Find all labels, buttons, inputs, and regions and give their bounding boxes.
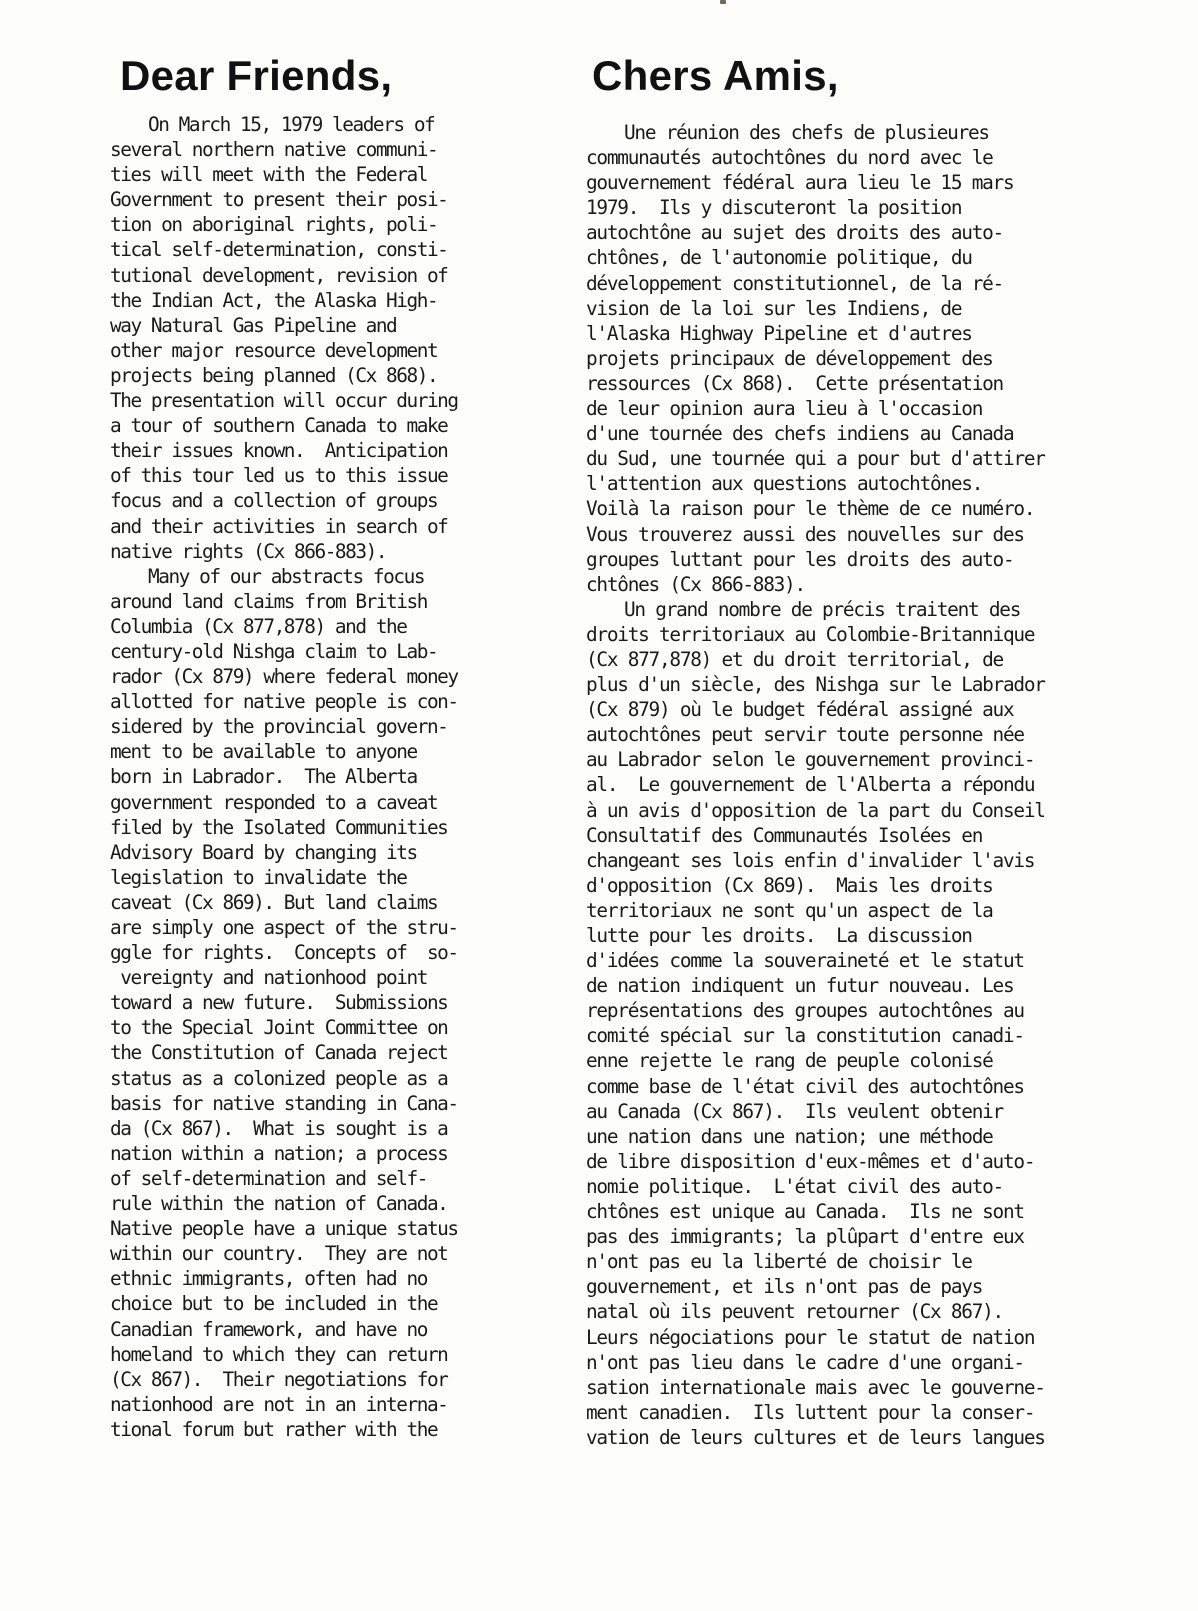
text-line: Columbia (Cx 877,878) and the (110, 614, 550, 639)
text-line: ties will meet with the Federal (110, 162, 550, 187)
text-line: une nation dans une nation; une méthode (586, 1124, 1146, 1149)
text-line: ethnic immigrants, often had no (110, 1266, 550, 1291)
text-line: sidered by the provincial govern- (110, 714, 550, 739)
text-line: caveat (Cx 869). But land claims (110, 890, 550, 915)
text-line: projets principaux de développement des (586, 346, 1146, 371)
text-line: comme base de l'état civil des autochtôn… (586, 1074, 1146, 1099)
text-line: several northern native communi- (110, 137, 550, 162)
text-line: au Labrador selon le gouvernement provin… (586, 747, 1146, 772)
text-line: Vous trouverez aussi des nouvelles sur d… (586, 522, 1146, 547)
text-line: Government to present their posi- (110, 187, 550, 212)
text-line: Native people have a unique status (110, 1216, 550, 1241)
text-line: way Natural Gas Pipeline and (110, 313, 550, 338)
text-line: Voilà la raison pour le thème de ce numé… (586, 496, 1146, 521)
scan-mark (720, 0, 726, 4)
text-line: comité spécial sur la constitution canad… (586, 1023, 1146, 1048)
text-line: chtônes est unique au Canada. Ils ne son… (586, 1199, 1146, 1224)
text-line: d'opposition (Cx 869). Mais les droits (586, 873, 1146, 898)
text-line: century-old Nishga claim to Lab- (110, 639, 550, 664)
text-line: Canadian framework, and have no (110, 1317, 550, 1342)
text-line: ment canadien. Ils luttent pour la conse… (586, 1400, 1146, 1425)
text-line: nationhood are not in an interna- (110, 1392, 550, 1417)
text-line: tion on aboriginal rights, poli- (110, 212, 550, 237)
text-line: of this tour led us to this issue (110, 463, 550, 488)
english-body: On March 15, 1979 leaders ofseveral nort… (110, 112, 550, 1442)
text-line: are simply one aspect of the stru- (110, 915, 550, 940)
text-line: other major resource development (110, 338, 550, 363)
text-line: their issues known. Anticipation (110, 438, 550, 463)
text-line: de leur opinion aura lieu à l'occasion (586, 396, 1146, 421)
text-line: Advisory Board by changing its (110, 840, 550, 865)
text-line: projects being planned (Cx 868). (110, 363, 550, 388)
text-line: (Cx 867). Their negotiations for (110, 1367, 550, 1392)
text-line: vision de la loi sur les Indiens, de (586, 296, 1146, 321)
text-line: ggle for rights. Concepts of so- (110, 940, 550, 965)
text-line: développement constitutionnel, de la ré- (586, 271, 1146, 296)
text-line: status as a colonized people as a (110, 1066, 550, 1091)
text-line: native rights (Cx 866-883). (110, 539, 550, 564)
text-line: nomie politique. L'état civil des auto- (586, 1174, 1146, 1199)
text-line: 1979. Ils y discuteront la position (586, 195, 1146, 220)
text-line: chtônes (Cx 866-883). (586, 572, 1146, 597)
text-line: da (Cx 867). What is sought is a (110, 1116, 550, 1141)
text-line: legislation to invalidate the (110, 865, 550, 890)
document-page: Dear Friends, On March 15, 1979 leaders … (0, 0, 1198, 1611)
text-line: within our country. They are not (110, 1241, 550, 1266)
text-line: Consultatif des Communautés Isolées en (586, 823, 1146, 848)
text-line: n'ont pas eu la liberté de choisir le (586, 1249, 1146, 1274)
text-line: al. Le gouvernement de l'Alberta a répon… (586, 772, 1146, 797)
text-line: government responded to a caveat (110, 790, 550, 815)
text-line: of self-determination and self- (110, 1166, 550, 1191)
text-line: On March 15, 1979 leaders of (110, 112, 550, 137)
text-line: Leurs négociations pour le statut de nat… (586, 1325, 1146, 1350)
text-line: focus and a collection of groups (110, 488, 550, 513)
text-line: vereignty and nationhood point (110, 965, 550, 990)
french-column: Chers Amis, Une réunion des chefs de plu… (586, 50, 1146, 1450)
text-line: au Canada (Cx 867). Ils veulent obtenir (586, 1099, 1146, 1124)
text-line: the Constitution of Canada reject (110, 1040, 550, 1065)
text-line: allotted for native people is con- (110, 689, 550, 714)
text-line: (Cx 877,878) et du droit territorial, de (586, 647, 1146, 672)
text-line: d'une tournée des chefs indiens au Canad… (586, 421, 1146, 446)
text-line: Une réunion des chefs de plusieures (586, 120, 1146, 145)
text-line: chtônes, de l'autonomie politique, du (586, 245, 1146, 270)
text-line: natal où ils peuvent retourner (Cx 867). (586, 1299, 1146, 1324)
text-line: tional forum but rather with the (110, 1417, 550, 1442)
text-line: homeland to which they can return (110, 1342, 550, 1367)
text-line: to the Special Joint Committee on (110, 1015, 550, 1040)
text-line: choice but to be included in the (110, 1291, 550, 1316)
text-line: filed by the Isolated Communities (110, 815, 550, 840)
text-line: droits territoriaux au Colombie-Britanni… (586, 622, 1146, 647)
text-line: born in Labrador. The Alberta (110, 764, 550, 789)
text-line: tutional development, revision of (110, 263, 550, 288)
english-column: Dear Friends, On March 15, 1979 leaders … (110, 50, 550, 1442)
text-line: rador (Cx 879) where federal money (110, 664, 550, 689)
text-line: toward a new future. Submissions (110, 990, 550, 1015)
text-line: de libre disposition d'eux-mêmes et d'au… (586, 1149, 1146, 1174)
text-line: The presentation will occur during (110, 388, 550, 413)
text-line: sation internationale mais avec le gouve… (586, 1375, 1146, 1400)
text-line: a tour of southern Canada to make (110, 413, 550, 438)
text-line: d'idées comme la souveraineté et le stat… (586, 948, 1146, 973)
text-line: pas des immigrants; la plûpart d'entre e… (586, 1224, 1146, 1249)
text-line: territoriaux ne sont qu'un aspect de la (586, 898, 1146, 923)
text-line: représentations des groupes autochtônes … (586, 998, 1146, 1023)
text-line: the Indian Act, the Alaska High- (110, 288, 550, 313)
text-line: rule within the nation of Canada. (110, 1191, 550, 1216)
text-line: lutte pour les droits. La discussion (586, 923, 1146, 948)
text-line: nation within a nation; a process (110, 1141, 550, 1166)
text-line: ressources (Cx 868). Cette présentation (586, 371, 1146, 396)
text-line: gouvernement fédéral aura lieu le 15 mar… (586, 170, 1146, 195)
text-line: vation de leurs cultures et de leurs lan… (586, 1425, 1146, 1450)
text-line: l'Alaska Highway Pipeline et d'autres (586, 321, 1146, 346)
text-line: du Sud, une tournée qui a pour but d'att… (586, 446, 1146, 471)
text-line: plus d'un siècle, des Nishga sur le Labr… (586, 672, 1146, 697)
text-line: and their activities in search of (110, 514, 550, 539)
english-heading: Dear Friends, (120, 50, 550, 102)
text-line: tical self-determination, consti- (110, 237, 550, 262)
text-line: changeant ses lois enfin d'invalider l'a… (586, 848, 1146, 873)
text-line: n'ont pas lieu dans le cadre d'une organ… (586, 1350, 1146, 1375)
french-heading: Chers Amis, (592, 50, 1146, 102)
text-line: à un avis d'opposition de la part du Con… (586, 798, 1146, 823)
text-line: autochtônes peut servir toute personne n… (586, 722, 1146, 747)
text-line: gouvernement, et ils n'ont pas de pays (586, 1274, 1146, 1299)
text-line: (Cx 879) où le budget fédéral assigné au… (586, 697, 1146, 722)
text-line: de nation indiquent un futur nouveau. Le… (586, 973, 1146, 998)
text-line: ment to be available to anyone (110, 739, 550, 764)
text-line: around land claims from British (110, 589, 550, 614)
french-body: Une réunion des chefs de plusieurescommu… (586, 120, 1146, 1450)
text-line: autochtône au sujet des droits des auto- (586, 220, 1146, 245)
text-line: communautés autochtônes du nord avec le (586, 145, 1146, 170)
text-line: Un grand nombre de précis traitent des (586, 597, 1146, 622)
text-line: enne rejette le rang de peuple colonisé (586, 1048, 1146, 1073)
text-line: basis for native standing in Cana- (110, 1091, 550, 1116)
text-line: Many of our abstracts focus (110, 564, 550, 589)
text-line: l'attention aux questions autochtônes. (586, 471, 1146, 496)
text-line: groupes luttant pour les droits des auto… (586, 547, 1146, 572)
